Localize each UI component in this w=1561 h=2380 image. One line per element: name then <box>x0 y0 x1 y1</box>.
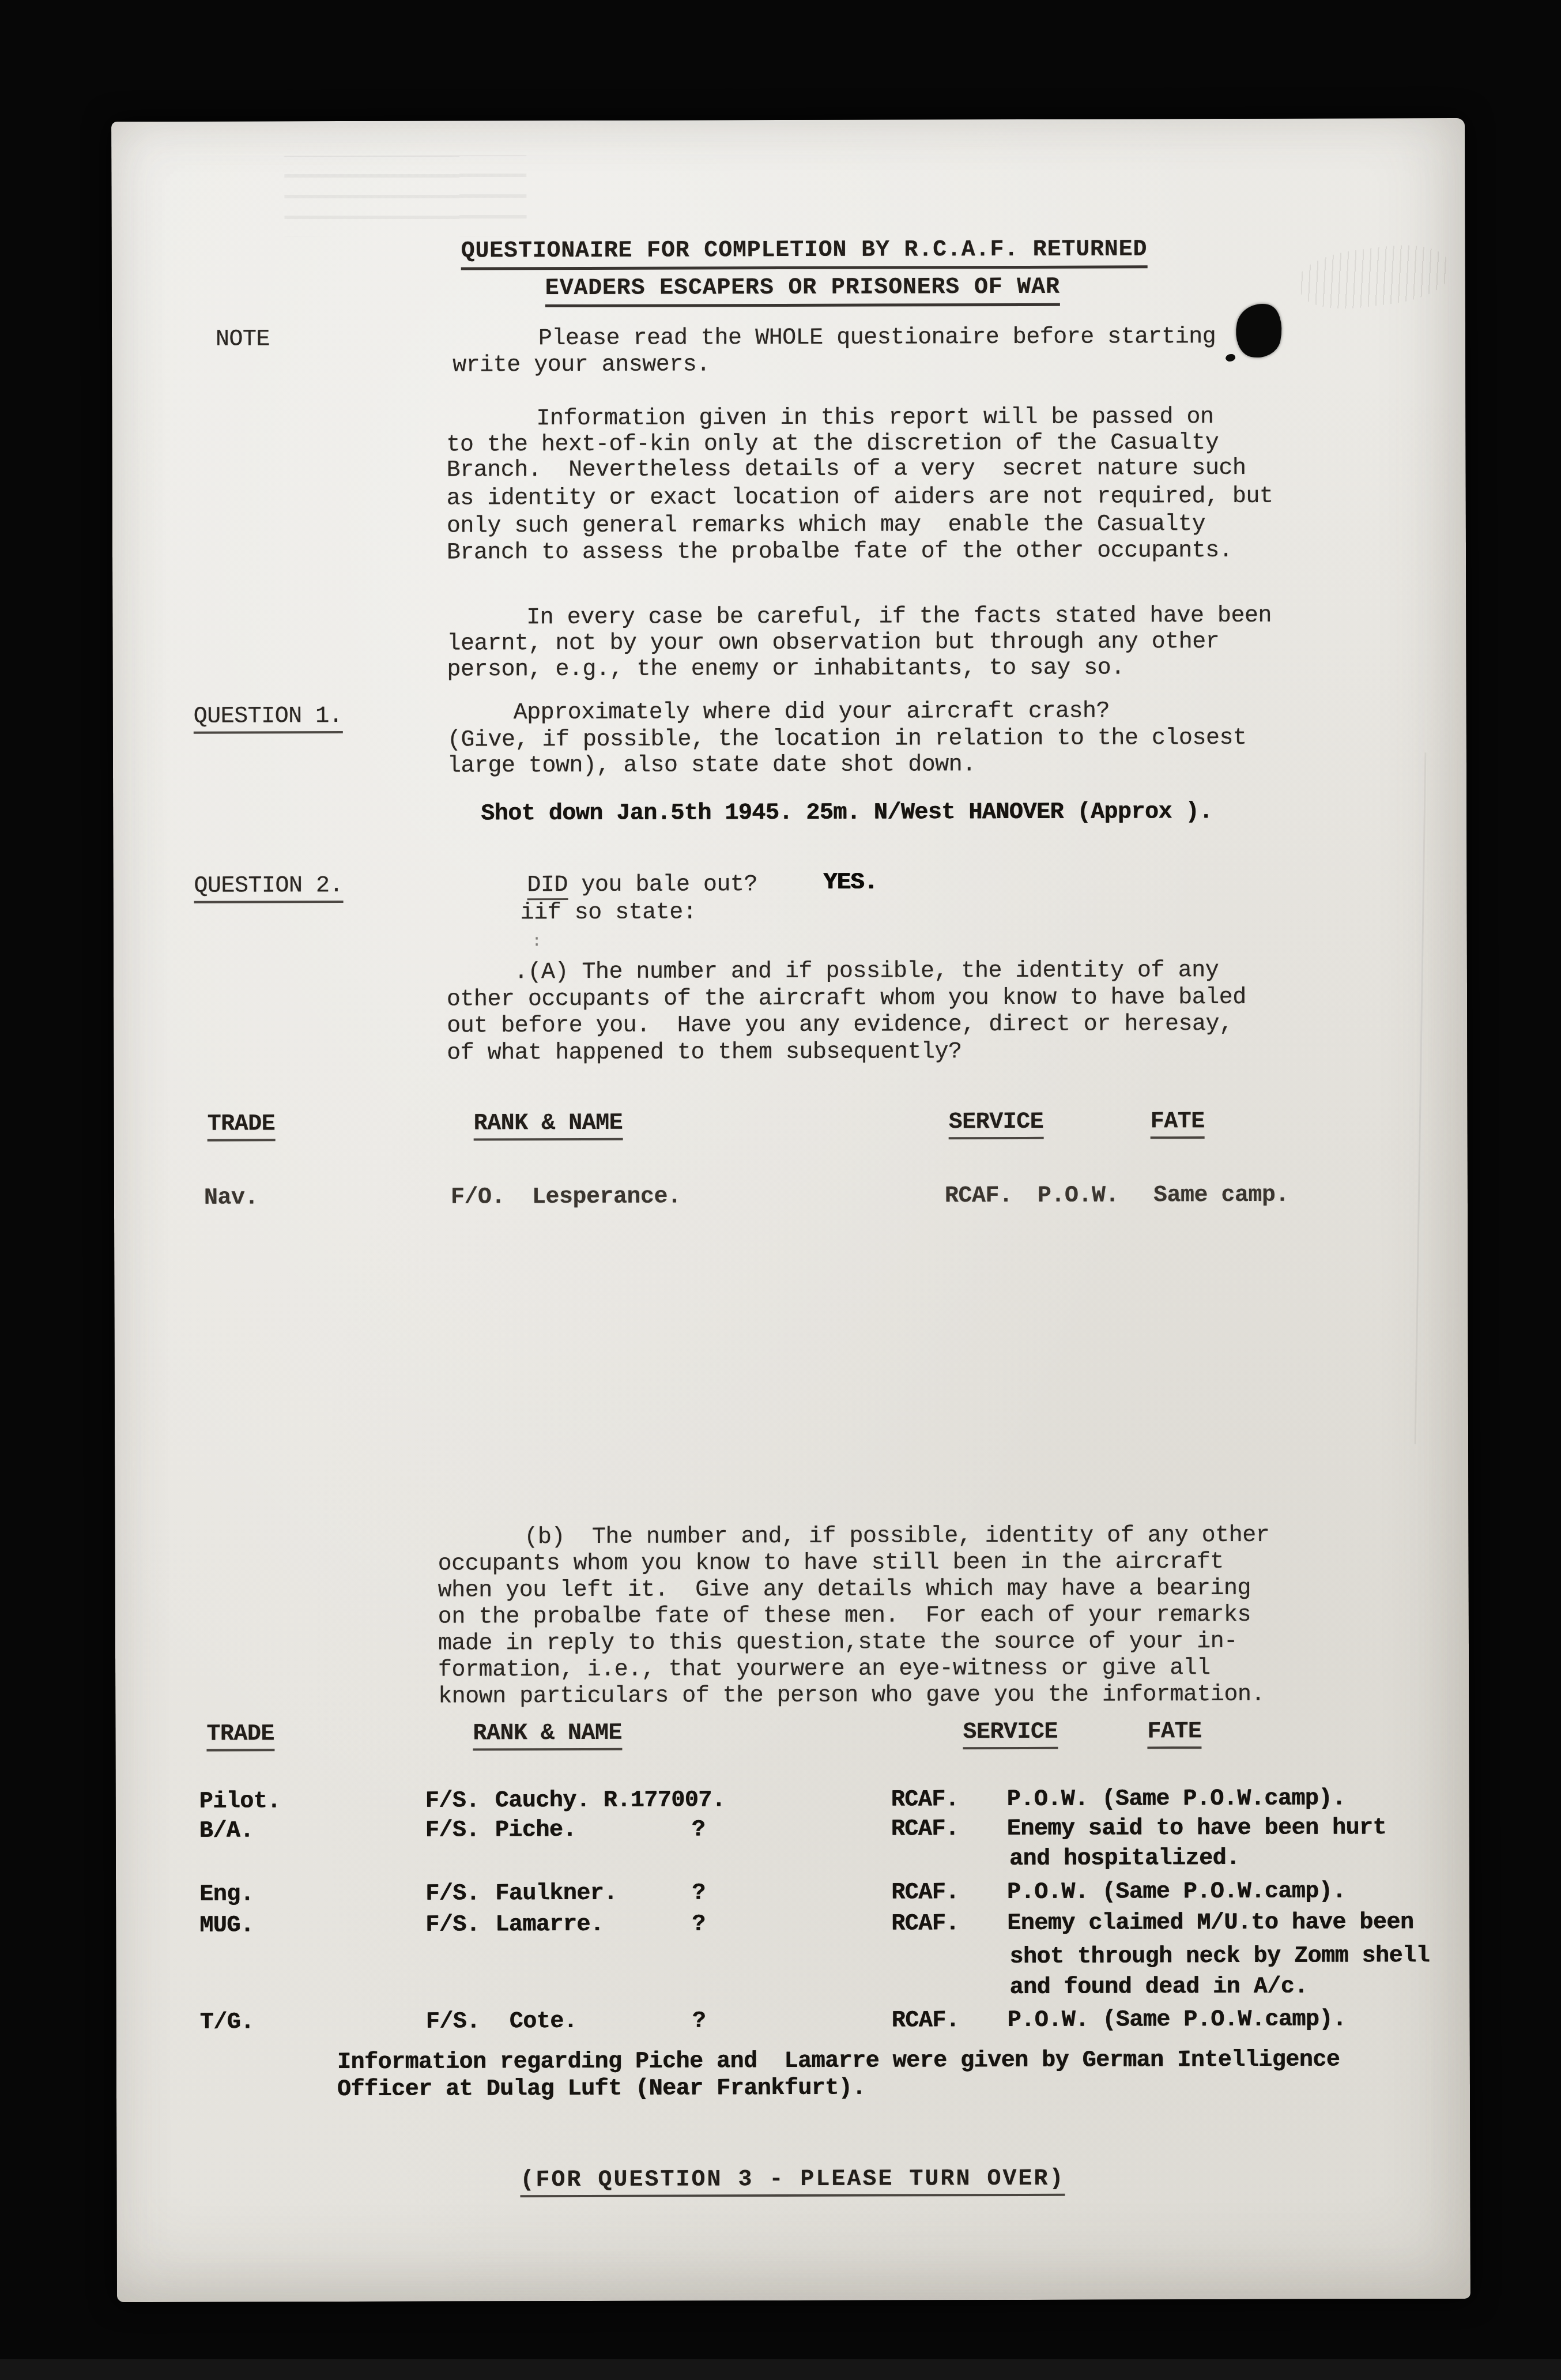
intelligence-note-line-1: Information regarding Piche and Lamarre … <box>337 2047 1340 2077</box>
table2-header-service: SERVICE <box>963 1719 1058 1749</box>
table1-header-rank-name: RANK & NAME <box>474 1110 623 1141</box>
table2-row4-rank: F/S. <box>425 1912 480 1938</box>
table2-row3-trade: Eng. <box>199 1881 254 1908</box>
info-paragraph-line-1: Information given in this report will be… <box>536 404 1213 432</box>
sectionB-line-6: formation, i.e., that yourwere an eye-wi… <box>438 1655 1211 1684</box>
question2-question-rest: you bale out? <box>568 872 757 898</box>
table2-row5-trade: T/G. <box>200 2009 254 2036</box>
question1-label: QUESTION 1. <box>194 703 343 734</box>
table1-header-trade: TRADE <box>208 1111 276 1141</box>
ink-drip-artifact <box>1224 352 1236 363</box>
table1-row-trade: Nav. <box>204 1185 258 1211</box>
question1-line-1: Approximately where did your aircraft cr… <box>514 699 1110 727</box>
sectionA-line-3: out before you. Have you any evidence, d… <box>447 1011 1232 1040</box>
stray-mark: : <box>532 929 541 955</box>
table2-row4-unknown: ? <box>692 1911 706 1938</box>
question2-answer-yes: YES. <box>823 870 877 897</box>
question2-line-2: iif so state: <box>521 899 697 927</box>
note-label: NOTE <box>216 326 270 353</box>
sectionB-line-5: made in reply to this question,state the… <box>438 1629 1238 1658</box>
table1-row-fate-camp: Same camp. <box>1153 1183 1289 1210</box>
table2-row4-fate-1: Enemy claimed M/U.to have been <box>1007 1910 1413 1937</box>
sectionB-line-4: on the probalbe fate of these men. For e… <box>438 1602 1251 1631</box>
scan-edge <box>0 2359 1561 2380</box>
title-line-2: EVADERS ESCAPERS OR PRISONERS OF WAR <box>545 274 1060 307</box>
table2-row4-fate-3: and found dead in A/c. <box>1009 1974 1307 2001</box>
table2-row2-service: RCAF. <box>891 1816 959 1843</box>
table2-row5-name: Cote. <box>510 2009 578 2035</box>
table2-row1-fate: P.O.W. (Same P.O.W.camp). <box>1007 1786 1346 1813</box>
info-paragraph-line-6: Branch to assess the probalbe fate of th… <box>447 538 1232 567</box>
note-line-2: write your answers. <box>453 352 710 379</box>
table2-row4-service: RCAF. <box>891 1911 959 1937</box>
table2-row2-trade: B/A. <box>199 1818 254 1844</box>
footer-turn-over-note: (FOR QUESTION 3 - PLEASE TURN OVER) <box>520 2166 1065 2197</box>
info-paragraph-line-2: to the hext-of-kin only at the discretio… <box>446 430 1219 459</box>
table2-row3-rank: F/S. <box>425 1881 480 1907</box>
table2-row1-name: Cauchy. R.177007. <box>495 1787 726 1814</box>
sectionB-line-2: occupants whom you know to have still be… <box>438 1549 1224 1578</box>
table2-row5-unknown: ? <box>692 2008 706 2035</box>
table1-row-rank-name: F/O. Lesperance. <box>451 1184 681 1211</box>
table2-row2-unknown: ? <box>692 1817 706 1843</box>
table1-header-service: SERVICE <box>949 1109 1044 1139</box>
paper-crease <box>1415 752 1427 1444</box>
table2-row2-fate-1: Enemy said to have been hurt <box>1007 1815 1386 1843</box>
table2-row4-fate-2: shot through neck by Zomm shell <box>1009 1943 1430 1971</box>
ink-blot-artifact <box>1231 299 1287 362</box>
sectionB-line-7: known particulars of the person who gave… <box>438 1682 1265 1711</box>
table2-row3-unknown: ? <box>692 1880 706 1907</box>
table2-row5-service: RCAF. <box>892 2008 960 2034</box>
table2-row3-fate: P.O.W. (Same P.O.W.camp). <box>1007 1878 1346 1906</box>
sectionA-line-1: .(A) The number and if possible, the ide… <box>514 958 1219 986</box>
table1-row-fate-pow: P.O.W. <box>1038 1183 1119 1210</box>
care-paragraph-line-3: person, e.g., the enemy or inhabitants, … <box>447 655 1124 683</box>
table2-header-fate: FATE <box>1147 1719 1201 1749</box>
care-paragraph-line-2: learnt, not by your own observation but … <box>447 629 1219 658</box>
table2-row4-name: Lamarre. <box>495 1912 604 1938</box>
table2-row5-rank: F/S. <box>426 2009 480 2035</box>
table1-header-fate: FATE <box>1151 1109 1205 1139</box>
sectionB-line-3: when you left it. Give any details which… <box>438 1576 1251 1605</box>
pencil-smudge <box>1296 239 1452 315</box>
table2-header-trade: TRADE <box>206 1721 274 1751</box>
title-line-1: QUESTIONAIRE FOR COMPLETION BY R.C.A.F. … <box>461 236 1148 270</box>
table2-row1-trade: Pilot. <box>199 1788 281 1815</box>
info-paragraph-line-3: Branch. Nevertheless details of a very s… <box>447 455 1246 484</box>
document-page: QUESTIONAIRE FOR COMPLETION BY R.C.A.F. … <box>111 118 1470 2302</box>
sectionB-line-1: (b) The number and, if possible, identit… <box>524 1523 1269 1551</box>
question1-line-3: large town), also state date shot down. <box>447 752 976 779</box>
table2-row2-fate-2: and hospitalized. <box>1009 1846 1240 1873</box>
care-paragraph-line-1: In every case be careful, if the facts s… <box>526 603 1272 631</box>
question2-question: DID you bale out? <box>527 872 757 899</box>
info-paragraph-line-4: as identity or exact location of aiders … <box>447 484 1273 513</box>
table2-row1-service: RCAF. <box>891 1787 959 1813</box>
table2-row3-name: Faulkner. <box>495 1881 617 1908</box>
info-paragraph-line-5: only such general remarks which may enab… <box>447 511 1205 540</box>
table2-header-rank-name: RANK & NAME <box>473 1720 622 1751</box>
did-underlined: DID <box>527 872 568 900</box>
scan-background: QUESTIONAIRE FOR COMPLETION BY R.C.A.F. … <box>0 0 1561 2380</box>
note-line-1: Please read the WHOLE questionaire befor… <box>538 324 1216 352</box>
question2-label: QUESTION 2. <box>194 873 343 903</box>
intelligence-note-line-2: Officer at Dulag Luft (Near Frankfurt). <box>337 2076 866 2103</box>
bleed-through-mark <box>284 155 526 236</box>
table1-row-service: RCAF. <box>945 1183 1013 1210</box>
table2-row1-rank: F/S. <box>425 1788 480 1814</box>
table2-row2-rank: F/S. <box>425 1817 480 1844</box>
table2-row5-fate: P.O.W. (Same P.O.W.camp). <box>1008 2006 1347 2034</box>
table2-row4-trade: MUG. <box>199 1912 254 1939</box>
sectionA-line-2: other occupants of the aircraft whom you… <box>447 985 1246 1014</box>
table2-row2-name: Piche. <box>495 1817 576 1844</box>
question1-line-2: (Give, if possible, the location in rela… <box>447 725 1247 754</box>
table2-row3-service: RCAF. <box>891 1880 959 1906</box>
question1-answer: Shot down Jan.5th 1945. 25m. N/West HANO… <box>481 799 1212 827</box>
sectionA-line-4: of what happened to them subsequently? <box>447 1039 962 1067</box>
